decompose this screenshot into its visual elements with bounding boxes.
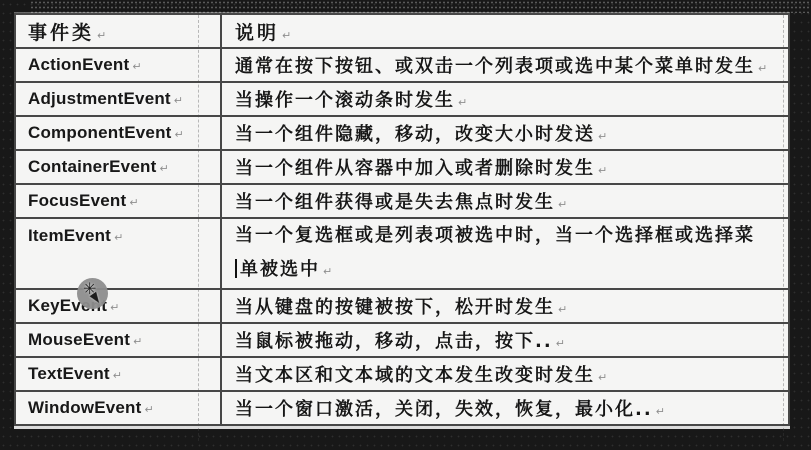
event-name: ItemEvent bbox=[28, 226, 111, 245]
paragraph-mark-icon: ↵ bbox=[656, 405, 665, 418]
screenshot-frame: 事件类↵ 说明↵ ActionEvent↵ 通常在按下按钮、或双击一个列表项或选… bbox=[0, 0, 811, 450]
event-desc-cell[interactable]: 当鼠标被拖动，移动，点击，按下..↵ bbox=[221, 323, 789, 357]
event-name: KeyEvent bbox=[28, 296, 107, 315]
event-desc: 当文本区和文本域的文本发生改变时发生 bbox=[235, 365, 595, 386]
event-name-cell[interactable]: ActionEvent↵ bbox=[15, 48, 221, 82]
table-row: ContainerEvent↵ 当一个组件从容器中加入或者删除时发生↵ bbox=[15, 150, 789, 184]
header-label: 说明 bbox=[235, 22, 279, 44]
paragraph-mark-icon: ↵ bbox=[758, 62, 767, 75]
header-label: 事件类 bbox=[28, 22, 94, 44]
event-desc-cell[interactable]: 当一个组件获得或是失去焦点时发生↵ bbox=[221, 184, 789, 218]
event-desc-cell[interactable]: 当文本区和文本域的文本发生改变时发生↵ bbox=[221, 357, 789, 391]
event-desc-cell[interactable]: 当一个组件从容器中加入或者删除时发生↵ bbox=[221, 150, 789, 184]
paragraph-mark-icon: ↵ bbox=[598, 164, 607, 177]
paragraph-mark-icon: ↵ bbox=[598, 371, 607, 384]
table-row: TextEvent↵ 当文本区和文本域的文本发生改变时发生↵ bbox=[15, 357, 789, 391]
event-name-cell[interactable]: MouseEvent↵ bbox=[15, 323, 221, 357]
event-desc-line1: 当一个复选框或是列表项被选中时，当一个选择框或选择菜 bbox=[235, 225, 755, 246]
event-name: AdjustmentEvent bbox=[28, 89, 171, 108]
event-desc-line2: 单被选中 bbox=[240, 259, 320, 280]
paragraph-mark-icon: ↵ bbox=[174, 94, 183, 107]
paragraph-mark-icon: ↵ bbox=[129, 196, 138, 209]
table-row: ActionEvent↵ 通常在按下按钮、或双击一个列表项或选中某个菜单时发生↵ bbox=[15, 48, 789, 82]
paragraph-mark-icon: ↵ bbox=[145, 403, 154, 416]
event-name: FocusEvent bbox=[28, 191, 126, 210]
paragraph-mark-icon: ↵ bbox=[458, 96, 467, 109]
event-desc-cell[interactable]: 当一个复选框或是列表项被选中时，当一个选择框或选择菜 单被选中↵ bbox=[221, 218, 789, 289]
event-desc-cell[interactable]: 当一个窗口激活，关闭，失效，恢复，最小化..↵ bbox=[221, 391, 789, 425]
event-desc: 当一个组件隐藏，移动，改变大小时发送 bbox=[235, 124, 595, 145]
paragraph-mark-icon: ↵ bbox=[598, 130, 607, 143]
table-row: WindowEvent↵ 当一个窗口激活，关闭，失效，恢复，最小化..↵ bbox=[15, 391, 789, 425]
background-noise-top bbox=[30, 0, 811, 13]
event-name-cell[interactable]: ContainerEvent↵ bbox=[15, 150, 221, 184]
paragraph-mark-icon: ↵ bbox=[97, 29, 106, 42]
paragraph-mark-icon: ↵ bbox=[113, 369, 122, 382]
event-desc: 当一个组件从容器中加入或者删除时发生 bbox=[235, 158, 595, 179]
paragraph-mark-icon: ↵ bbox=[323, 265, 332, 278]
paragraph-mark-icon: ↵ bbox=[558, 303, 567, 316]
paragraph-mark-icon: ↵ bbox=[110, 301, 119, 314]
event-name: TextEvent bbox=[28, 364, 110, 383]
event-desc-cell[interactable]: 当一个组件隐藏，移动，改变大小时发送↵ bbox=[221, 116, 789, 150]
event-name-cell[interactable]: TextEvent↵ bbox=[15, 357, 221, 391]
event-name-cell[interactable]: ItemEvent↵ bbox=[15, 218, 221, 289]
paragraph-mark-icon: ↵ bbox=[159, 162, 168, 175]
event-desc-cell[interactable]: 当从键盘的按键被按下，松开时发生↵ bbox=[221, 289, 789, 323]
paragraph-mark-icon: ↵ bbox=[175, 128, 184, 141]
header-cell-description[interactable]: 说明↵ bbox=[221, 14, 789, 48]
table-header-row: 事件类↵ 说明↵ bbox=[15, 14, 789, 48]
event-name: ContainerEvent bbox=[28, 157, 156, 176]
table-row: ComponentEvent↵ 当一个组件隐藏，移动，改变大小时发送↵ bbox=[15, 116, 789, 150]
event-name: WindowEvent bbox=[28, 398, 142, 417]
event-name-cell[interactable]: KeyEvent↵ bbox=[15, 289, 221, 323]
paragraph-mark-icon: ↵ bbox=[132, 60, 141, 73]
event-desc: 通常在按下按钮、或双击一个列表项或选中某个菜单时发生 bbox=[235, 56, 755, 77]
paragraph-mark-icon: ↵ bbox=[556, 337, 565, 350]
event-desc: 当鼠标被拖动，移动，点击，按下.. bbox=[235, 331, 553, 352]
event-desc: 当从键盘的按键被按下，松开时发生 bbox=[235, 297, 555, 318]
table-row: AdjustmentEvent↵ 当操作一个滚动条时发生↵ bbox=[15, 82, 789, 116]
event-name-cell[interactable]: FocusEvent↵ bbox=[15, 184, 221, 218]
event-name-cell[interactable]: WindowEvent↵ bbox=[15, 391, 221, 425]
event-desc-cell[interactable]: 当操作一个滚动条时发生↵ bbox=[221, 82, 789, 116]
text-caret bbox=[235, 259, 237, 278]
event-desc: 当操作一个滚动条时发生 bbox=[235, 90, 455, 111]
event-name-cell[interactable]: AdjustmentEvent↵ bbox=[15, 82, 221, 116]
event-name: ComponentEvent bbox=[28, 123, 172, 142]
event-table: 事件类↵ 说明↵ ActionEvent↵ 通常在按下按钮、或双击一个列表项或选… bbox=[14, 13, 790, 426]
header-cell-event-class[interactable]: 事件类↵ bbox=[15, 14, 221, 48]
paragraph-mark-icon: ↵ bbox=[133, 335, 142, 348]
event-name: MouseEvent bbox=[28, 330, 130, 349]
table-row: KeyEvent↵ 当从键盘的按键被按下，松开时发生↵ bbox=[15, 289, 789, 323]
table-row: FocusEvent↵ 当一个组件获得或是失去焦点时发生↵ bbox=[15, 184, 789, 218]
event-desc: 当一个窗口激活，关闭，失效，恢复，最小化.. bbox=[235, 399, 653, 420]
paragraph-mark-icon: ↵ bbox=[558, 198, 567, 211]
event-name: ActionEvent bbox=[28, 55, 129, 74]
event-desc-cell[interactable]: 通常在按下按钮、或双击一个列表项或选中某个菜单时发生↵ bbox=[221, 48, 789, 82]
event-name-cell[interactable]: ComponentEvent↵ bbox=[15, 116, 221, 150]
paragraph-mark-icon: ↵ bbox=[114, 231, 123, 244]
table-row: MouseEvent↵ 当鼠标被拖动，移动，点击，按下..↵ bbox=[15, 323, 789, 357]
event-desc: 当一个组件获得或是失去焦点时发生 bbox=[235, 192, 555, 213]
paragraph-mark-icon: ↵ bbox=[282, 29, 291, 42]
table-row: ItemEvent↵ 当一个复选框或是列表项被选中时，当一个选择框或选择菜 单被… bbox=[15, 218, 789, 289]
